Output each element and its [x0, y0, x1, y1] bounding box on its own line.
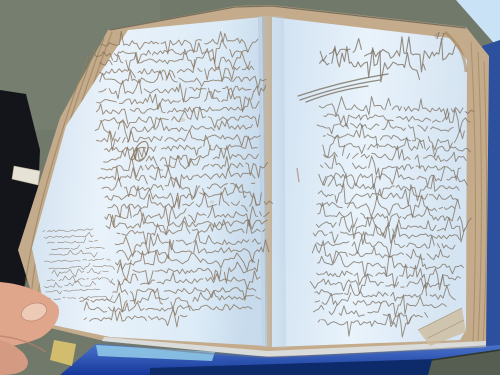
photo-canvas: 41: [0, 0, 500, 375]
page-number: 41: [432, 31, 446, 43]
manuscript-photo: 41: [0, 0, 500, 375]
gutter-shading: [258, 16, 286, 348]
foxing-stain-2: [210, 200, 215, 203]
right-page: [272, 17, 467, 347]
